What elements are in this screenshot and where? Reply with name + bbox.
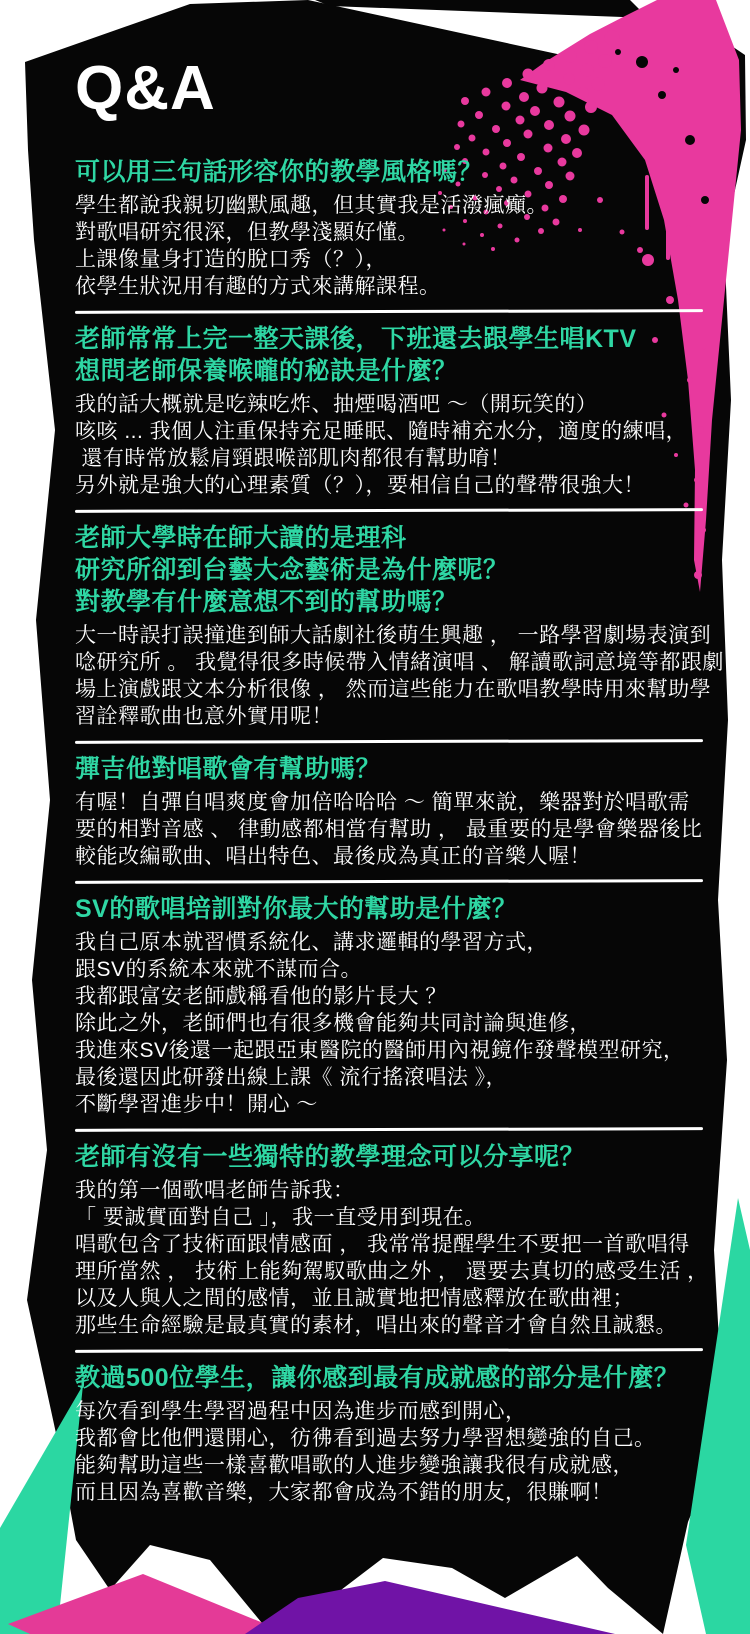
section-separator: [75, 739, 703, 744]
answer-line: 我進來SV後還一起跟亞東醫院的醫師用內視鏡作發聲模型研究，: [75, 1037, 703, 1064]
section-separator: [75, 508, 703, 513]
halftone-dot: [584, 40, 598, 54]
qa-content: Q&A 可以用三句話形容你的教學風格嗎？學生都說我親切幽默風趣，但其實我是活潑瘋…: [75, 58, 703, 1506]
question-line: 對教學有什麼意想不到的幫助嗎？: [75, 586, 703, 618]
question-heading: 老師常常上完一整天課後，下班還去跟學生唱KTV想問老師保養喉嚨的秘訣是什麼？: [75, 323, 703, 387]
answer-line: 那些生命經驗是最真實的素材，唱出來的聲音才會自然且誠懇。: [75, 1312, 703, 1339]
answer-line: 我自己原本就習慣系統化、講求邏輯的學習方式，: [75, 929, 703, 956]
question-heading: SV的歌唱培訓對你最大的幫助是什麼？: [75, 893, 703, 925]
answer-text: 我的第一個歌唱老師告訴我：「 要誠實面對自己 」，我一直受用到現在。唱歌包含了技…: [75, 1177, 703, 1339]
qa-sections: 可以用三句話形容你的教學風格嗎？學生都說我親切幽默風趣，但其實我是活潑瘋癲。對歌…: [75, 156, 703, 1506]
question-heading: 彈吉他對唱歌會有幫助嗎？: [75, 753, 703, 785]
question-heading: 可以用三句話形容你的教學風格嗎？: [75, 156, 703, 188]
answer-line: 「 要誠實面對自己 」，我一直受用到現在。: [75, 1204, 703, 1231]
answer-line: 我的話大概就是吃辣吃炸、抽煙喝酒吧 ～（開玩笑的）: [75, 391, 703, 418]
answer-text: 我自己原本就習慣系統化、講求邏輯的學習方式，跟SV的系統本來就不謀而合。我都跟富…: [75, 929, 703, 1118]
qa-section: 老師大學時在師大讀的是理科研究所卻到台藝大念藝術是為什麼呢？對教學有什麼意想不到…: [75, 522, 703, 730]
answer-line: 以及人與人之間的感情，並且誠實地把情感釋放在歌曲裡；: [75, 1285, 703, 1312]
answer-line: 能夠幫助這些一樣喜歡唱歌的人進步變強讓我很有成就感，: [75, 1452, 703, 1479]
question-heading: 教過500位學生，讓你感到最有成就感的部分是什麼？: [75, 1362, 703, 1394]
answer-line: 學生都說我親切幽默風趣，但其實我是活潑瘋癲。: [75, 192, 703, 219]
answer-text: 學生都說我親切幽默風趣，但其實我是活潑瘋癲。對歌唱研究很深，但教學淺顯好懂。上課…: [75, 192, 703, 300]
answer-line: 我都會比他們還開心，彷彿看到過去努力學習想變強的自己。: [75, 1425, 703, 1452]
answer-line: 我都跟富安老師戲稱看他的影片長大 ？: [75, 983, 703, 1010]
question-heading: 老師有沒有一些獨特的教學理念可以分享呢？: [75, 1141, 703, 1173]
qa-section: 教過500位學生，讓你感到最有成就感的部分是什麼？每次看到學生學習過程中因為進步…: [75, 1362, 703, 1506]
qa-section: SV的歌唱培訓對你最大的幫助是什麼？我自己原本就習慣系統化、講求邏輯的學習方式，…: [75, 893, 703, 1118]
answer-line: 我的第一個歌唱老師告訴我：: [75, 1177, 703, 1204]
answer-line: 唱歌包含了技術面跟情感面 ， 我常常提醒學生不要把一首歌唱得: [75, 1231, 703, 1258]
question-line: 彈吉他對唱歌會有幫助嗎？: [75, 753, 703, 785]
question-line: 可以用三句話形容你的教學風格嗎？: [75, 156, 703, 188]
question-line: 想問老師保養喉嚨的秘訣是什麼？: [75, 355, 703, 387]
qa-section: 老師常常上完一整天課後，下班還去跟學生唱KTV想問老師保養喉嚨的秘訣是什麼？我的…: [75, 323, 703, 499]
answer-line: 上課像量身打造的脫口秀（？），: [75, 246, 703, 273]
answer-line: 有喔！自彈自唱爽度會加倍哈哈哈 ～ 簡單來說，樂器對於唱歌需: [75, 789, 703, 816]
section-separator: [75, 309, 703, 314]
answer-line: 唸研究所 。 我覺得很多時候帶入情緒演唱 、 解讀歌詞意境等都跟劇: [75, 649, 703, 676]
section-separator: [75, 1127, 703, 1132]
question-line: 老師大學時在師大讀的是理科: [75, 522, 703, 554]
answer-line: 較能改編歌曲、唱出特色、最後成為真正的音樂人喔！: [75, 843, 703, 870]
answer-text: 我的話大概就是吃辣吃炸、抽煙喝酒吧 ～（開玩笑的）咳咳 ... 我個人注重保持充…: [75, 391, 703, 499]
answer-line: 而且因為喜歡音樂，大家都會成為不錯的朋友，很賺啊！: [75, 1479, 703, 1506]
qa-section: 彈吉他對唱歌會有幫助嗎？有喔！自彈自唱爽度會加倍哈哈哈 ～ 簡單來說，樂器對於唱…: [75, 753, 703, 870]
answer-line: 理所當然 ， 技術上能夠駕馭歌曲之外 ， 還要去真切的感受生活 ，: [75, 1258, 703, 1285]
answer-line: 跟SV的系統本來就不謀而合。: [75, 956, 703, 983]
answer-line: 場上演戲跟文本分析很像 ， 然而這些能力在歌唱教學時用來幫助學: [75, 676, 703, 703]
question-line: 老師常常上完一整天課後，下班還去跟學生唱KTV: [75, 323, 703, 355]
question-line: 研究所卻到台藝大念藝術是為什麼呢？: [75, 554, 703, 586]
answer-line: 最後還因此研發出線上課《 流行搖滾唱法 》，: [75, 1064, 703, 1091]
answer-line: 大一時誤打誤撞進到師大話劇社後萌生興趣 ， 一路學習劇場表演到: [75, 622, 703, 649]
section-separator: [75, 879, 703, 884]
answer-text: 有喔！自彈自唱爽度會加倍哈哈哈 ～ 簡單來說，樂器對於唱歌需要的相對音感 、 律…: [75, 789, 703, 870]
answer-line: 要的相對音感 、 律動感都相當有幫助 ， 最重要的是學會樂器後比: [75, 816, 703, 843]
qa-section: 老師有沒有一些獨特的教學理念可以分享呢？我的第一個歌唱老師告訴我：「 要誠實面對…: [75, 1141, 703, 1339]
answer-line: 依學生狀況用有趣的方式來講解課程。: [75, 273, 703, 300]
answer-line: 對歌唱研究很深，但教學淺顯好懂。: [75, 219, 703, 246]
section-separator: [75, 1348, 703, 1353]
qa-section: 可以用三句話形容你的教學風格嗎？學生都說我親切幽默風趣，但其實我是活潑瘋癲。對歌…: [75, 156, 703, 300]
answer-line: 還有時常放鬆肩頸跟喉部肌肉都很有幫助唷！: [75, 445, 703, 472]
answer-text: 大一時誤打誤撞進到師大話劇社後萌生興趣 ， 一路學習劇場表演到唸研究所 。 我覺…: [75, 622, 703, 730]
answer-text: 每次看到學生學習過程中因為進步而感到開心，我都會比他們還開心，彷彿看到過去努力學…: [75, 1398, 703, 1506]
answer-line: 不斷學習進步中！開心 ～: [75, 1091, 703, 1118]
answer-line: 咳咳 ... 我個人注重保持充足睡眠、隨時補充水分，適度的練唱，: [75, 418, 703, 445]
answer-line: 習詮釋歌曲也意外實用呢！: [75, 703, 703, 730]
page-title: Q&A: [75, 58, 703, 120]
answer-line: 另外就是強大的心理素質（？），要相信自己的聲帶很強大！: [75, 472, 703, 499]
question-line: 老師有沒有一些獨特的教學理念可以分享呢？: [75, 1141, 703, 1173]
question-heading: 老師大學時在師大讀的是理科研究所卻到台藝大念藝術是為什麼呢？對教學有什麼意想不到…: [75, 522, 703, 618]
answer-line: 除此之外，老師們也有很多機會能夠共同討論與進修，: [75, 1010, 703, 1037]
question-line: 教過500位學生，讓你感到最有成就感的部分是什麼？: [75, 1362, 703, 1394]
question-line: SV的歌唱培訓對你最大的幫助是什麼？: [75, 893, 703, 925]
answer-line: 每次看到學生學習過程中因為進步而感到開心，: [75, 1398, 703, 1425]
